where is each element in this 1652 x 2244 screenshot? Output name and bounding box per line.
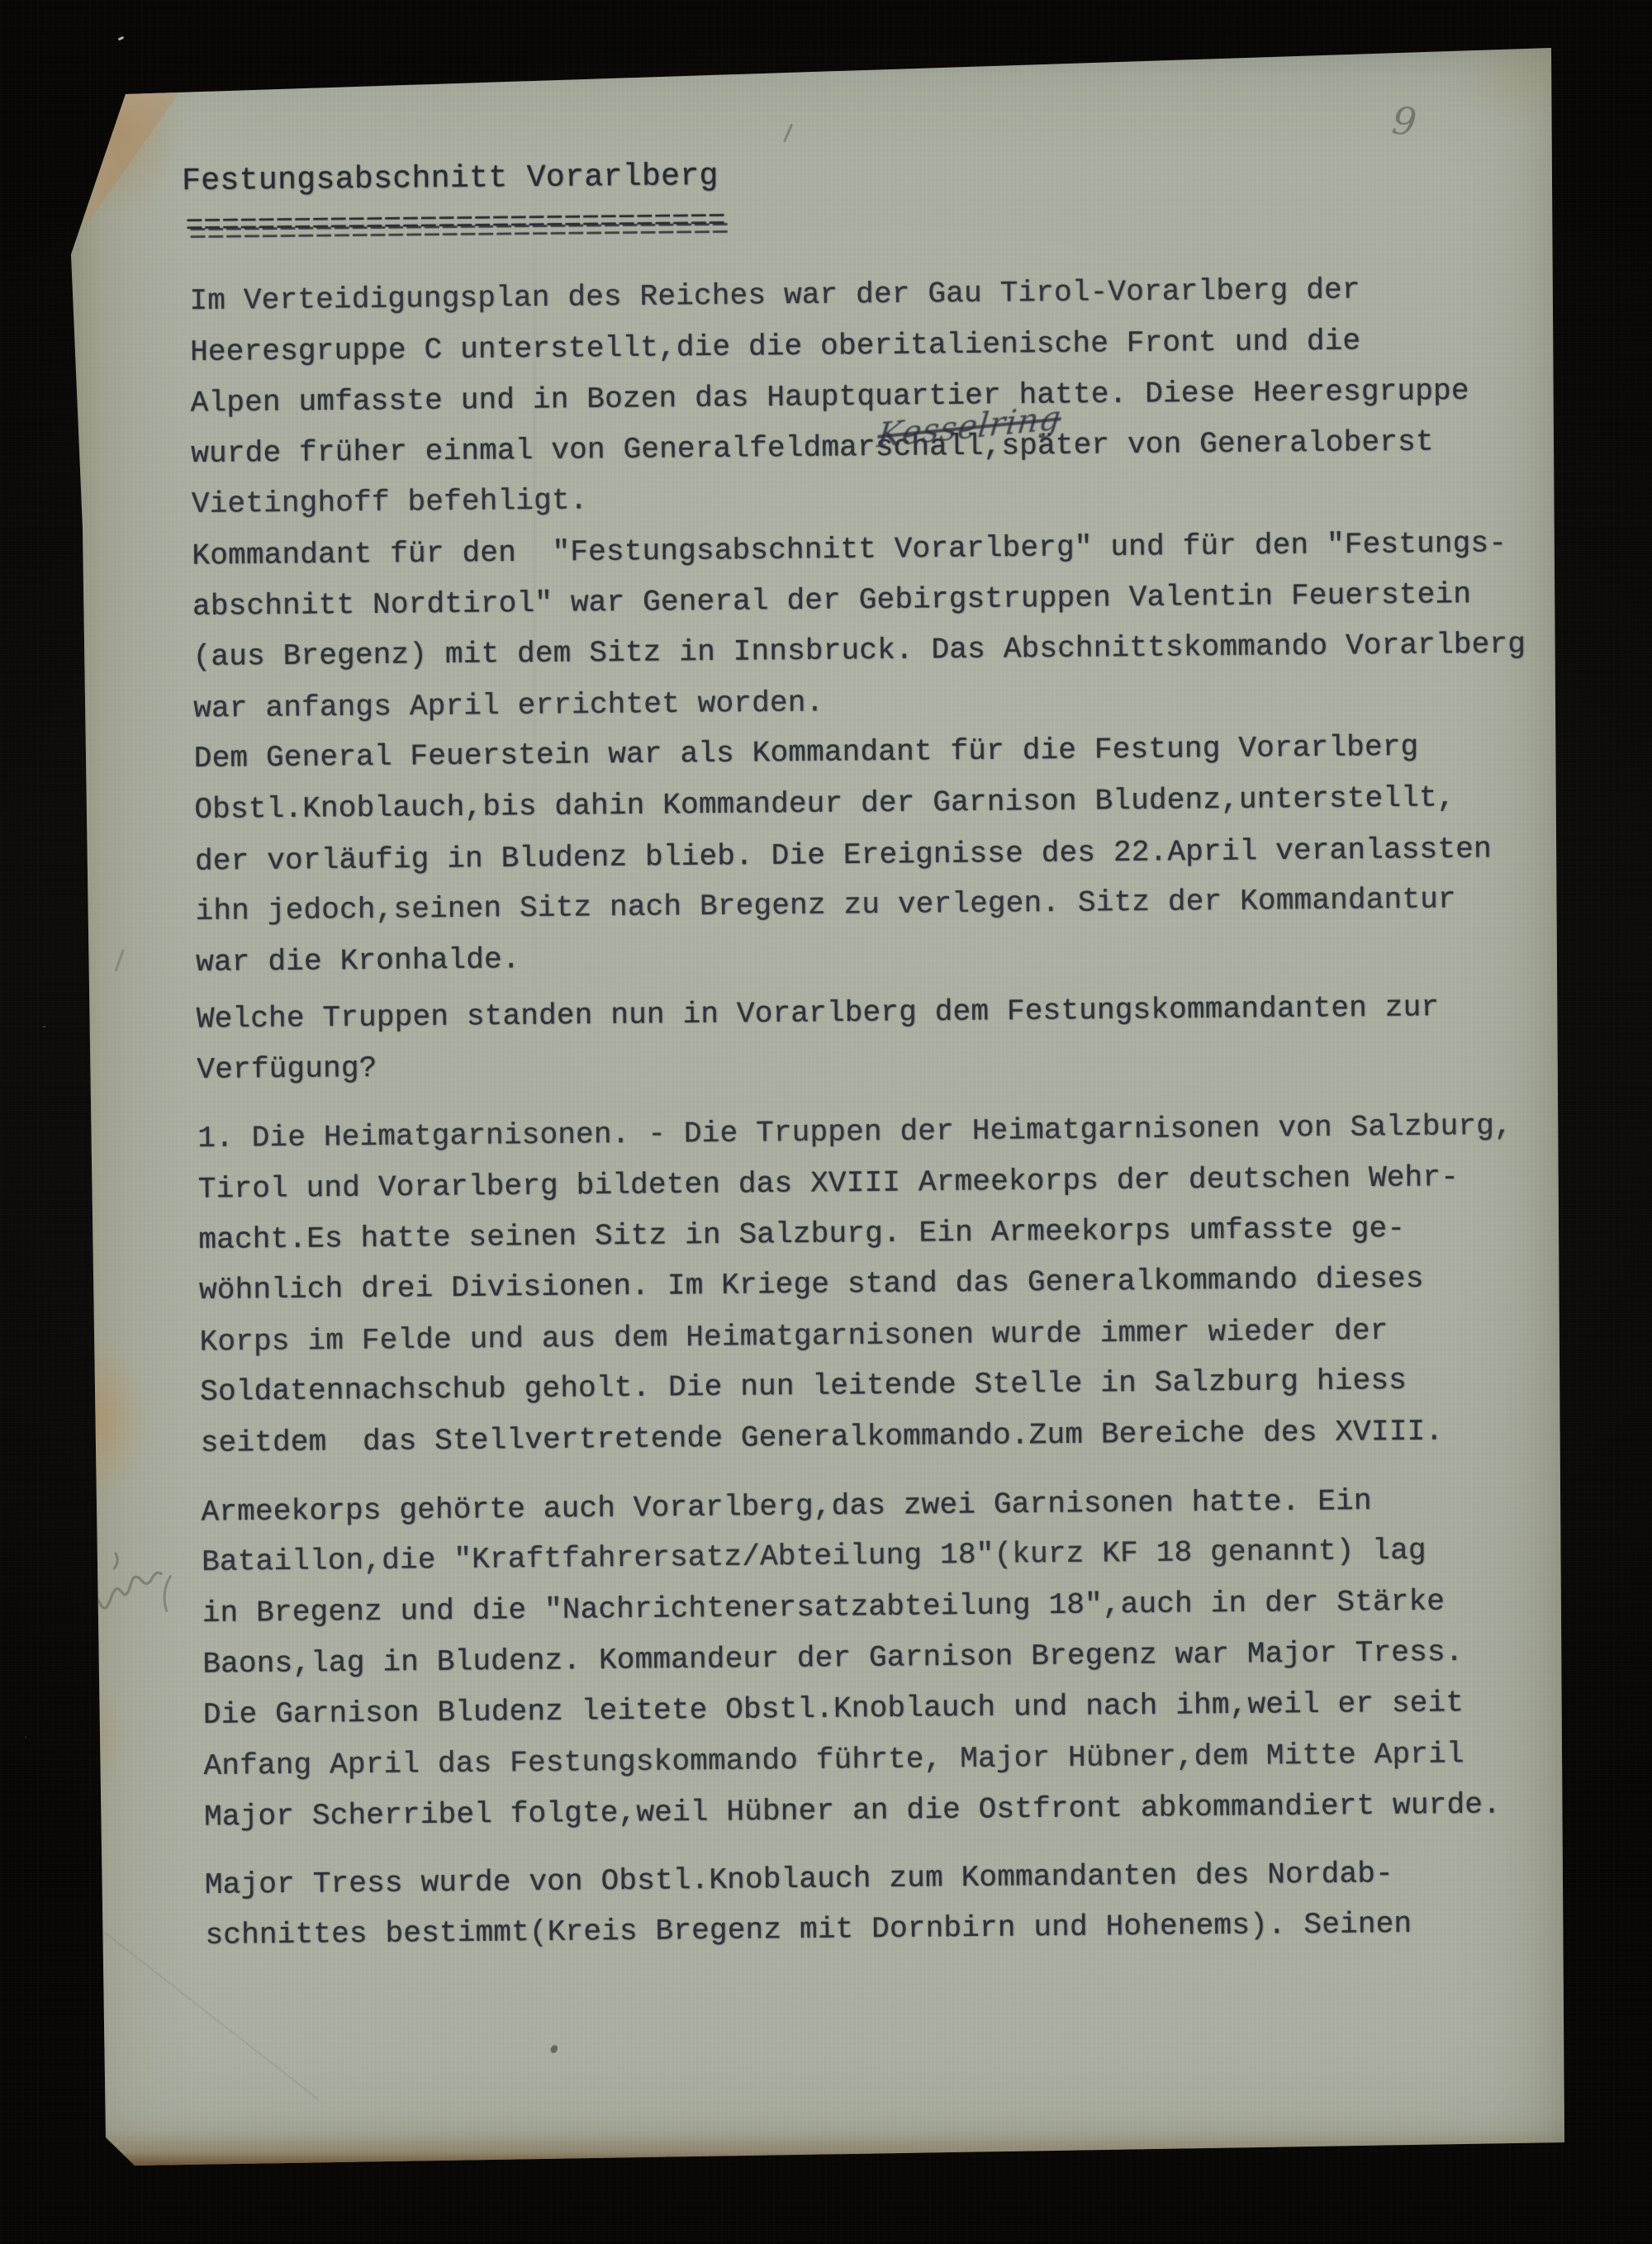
- pencil-tick: [783, 123, 793, 142]
- dust-speck: [118, 36, 125, 41]
- margin-scribble: [78, 1541, 244, 1642]
- ink-fleck: [549, 2044, 559, 2055]
- typed-text: Im Verteidigungsplan des Reiches war der…: [189, 263, 1538, 1962]
- dust-speck: [43, 1026, 45, 1027]
- document-scan: Festungsabschnitt Vorarlberg ===========…: [0, 0, 1652, 2244]
- paper-sheet: Festungsabschnitt Vorarlberg ===========…: [71, 48, 1564, 2166]
- pencil-slash: [115, 949, 125, 971]
- typed-page-content: Festungsabschnitt Vorarlberg ===========…: [60, 35, 1574, 2166]
- title-underline: ==============================: [189, 222, 729, 244]
- dust-speck: [25, 1736, 26, 1738]
- page-number-pencil: 9: [1390, 99, 1419, 143]
- document-title: Festungsabschnitt Vorarlberg: [182, 157, 719, 202]
